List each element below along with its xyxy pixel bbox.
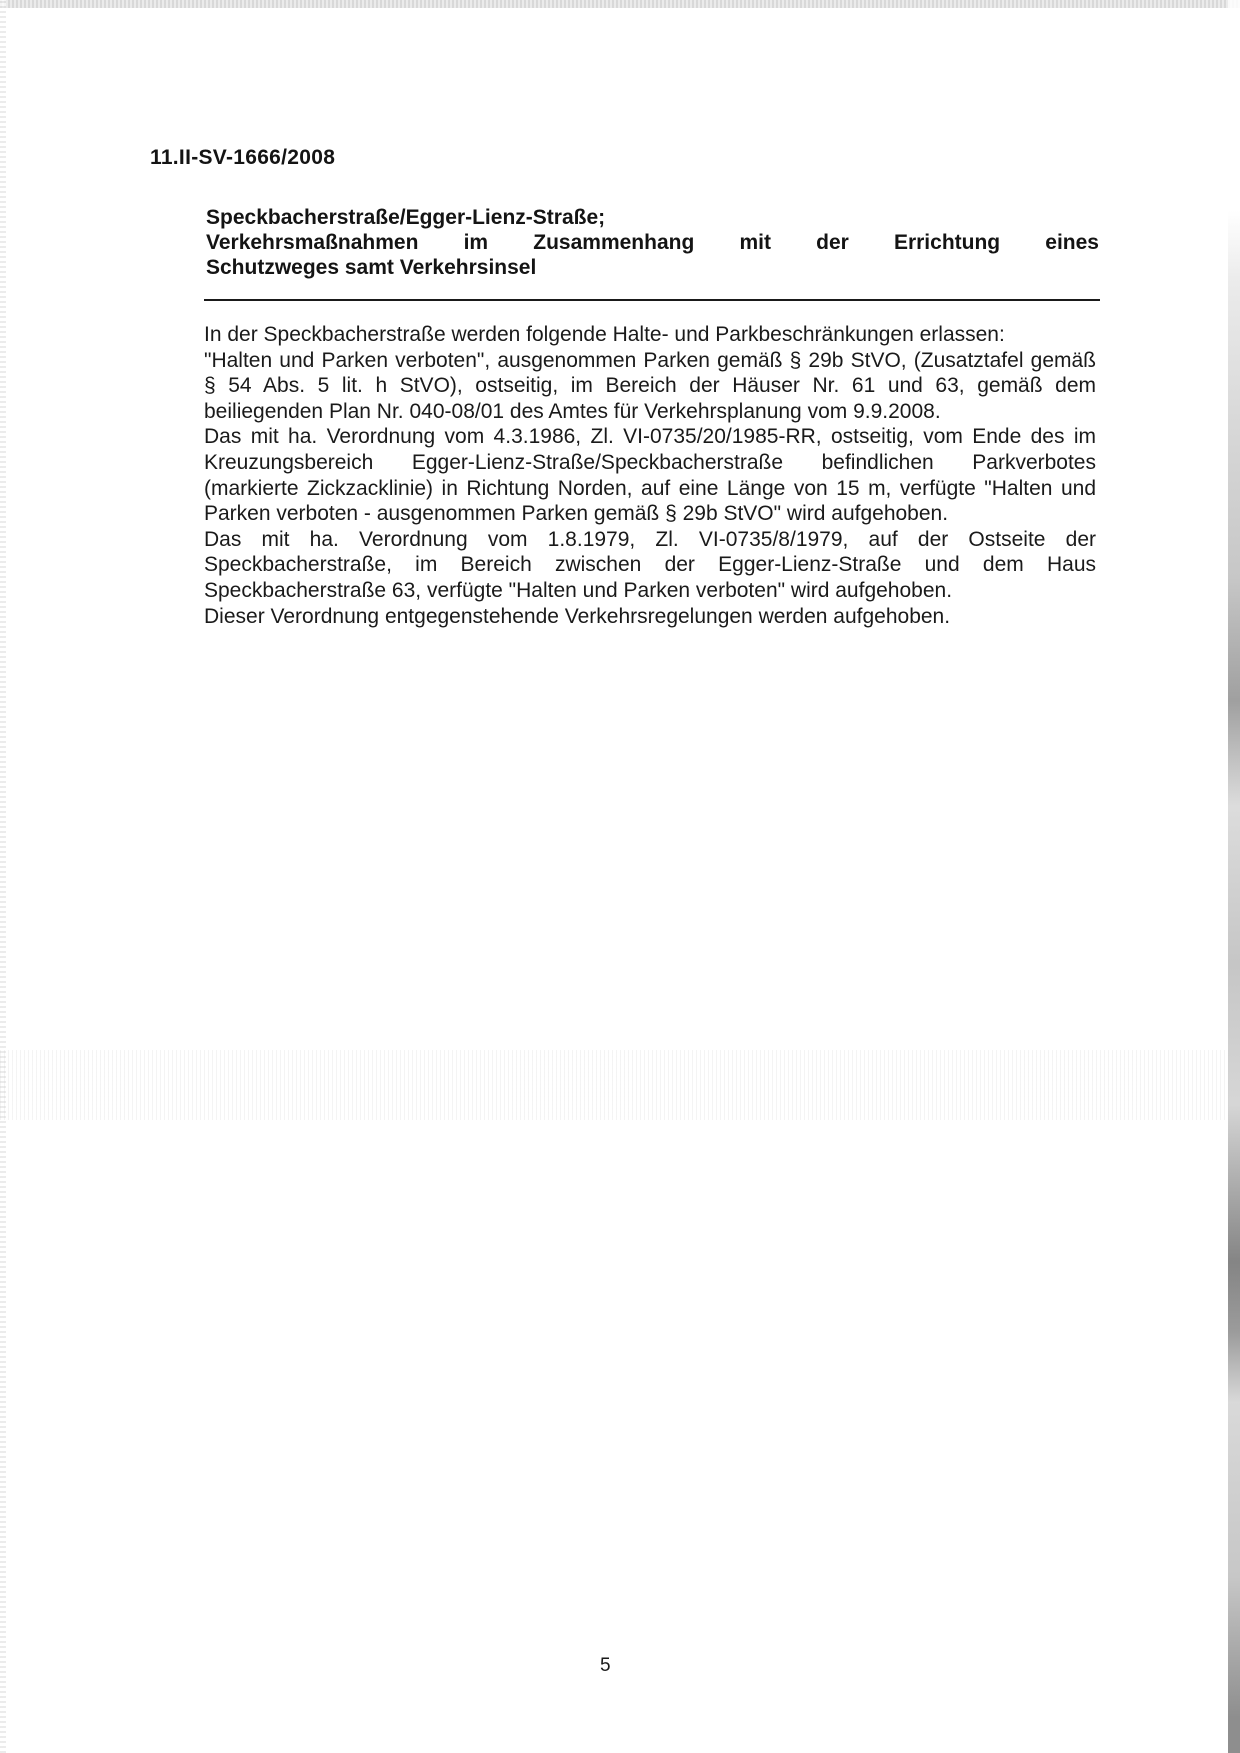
scan-artifact-band — [0, 1050, 1230, 1120]
paragraph: "Halten und Parken verboten", ausgenomme… — [204, 348, 1096, 425]
scan-artifact-left-edge — [0, 0, 6, 1753]
title-underline — [204, 299, 1100, 301]
title-line: Verkehrsmaßnahmen im Zusammenhang mit de… — [206, 230, 1099, 255]
title-line: Schutzweges samt Verkehrsinsel — [206, 255, 1099, 280]
paragraph: Dieser Verordnung entgegenstehende Verke… — [204, 604, 1096, 630]
scan-artifact-top-edge — [0, 0, 1240, 8]
scan-artifact-right-edge — [1228, 0, 1240, 1753]
document-title: Speckbacherstraße/Egger-Lienz-Straße; Ve… — [206, 205, 1099, 280]
document-body: In der Speckbacherstraße werden folgende… — [204, 322, 1096, 629]
title-line: Speckbacherstraße/Egger-Lienz-Straße; — [206, 205, 1099, 230]
paragraph: In der Speckbacherstraße werden folgende… — [204, 322, 1096, 348]
page-number: 5 — [600, 1655, 611, 1677]
paragraph: Das mit ha. Verordnung vom 4.3.1986, Zl.… — [204, 424, 1096, 526]
document-number: 11.II-SV-1666/2008 — [150, 146, 335, 170]
paragraph: Das mit ha. Verordnung vom 1.8.1979, Zl.… — [204, 527, 1096, 604]
